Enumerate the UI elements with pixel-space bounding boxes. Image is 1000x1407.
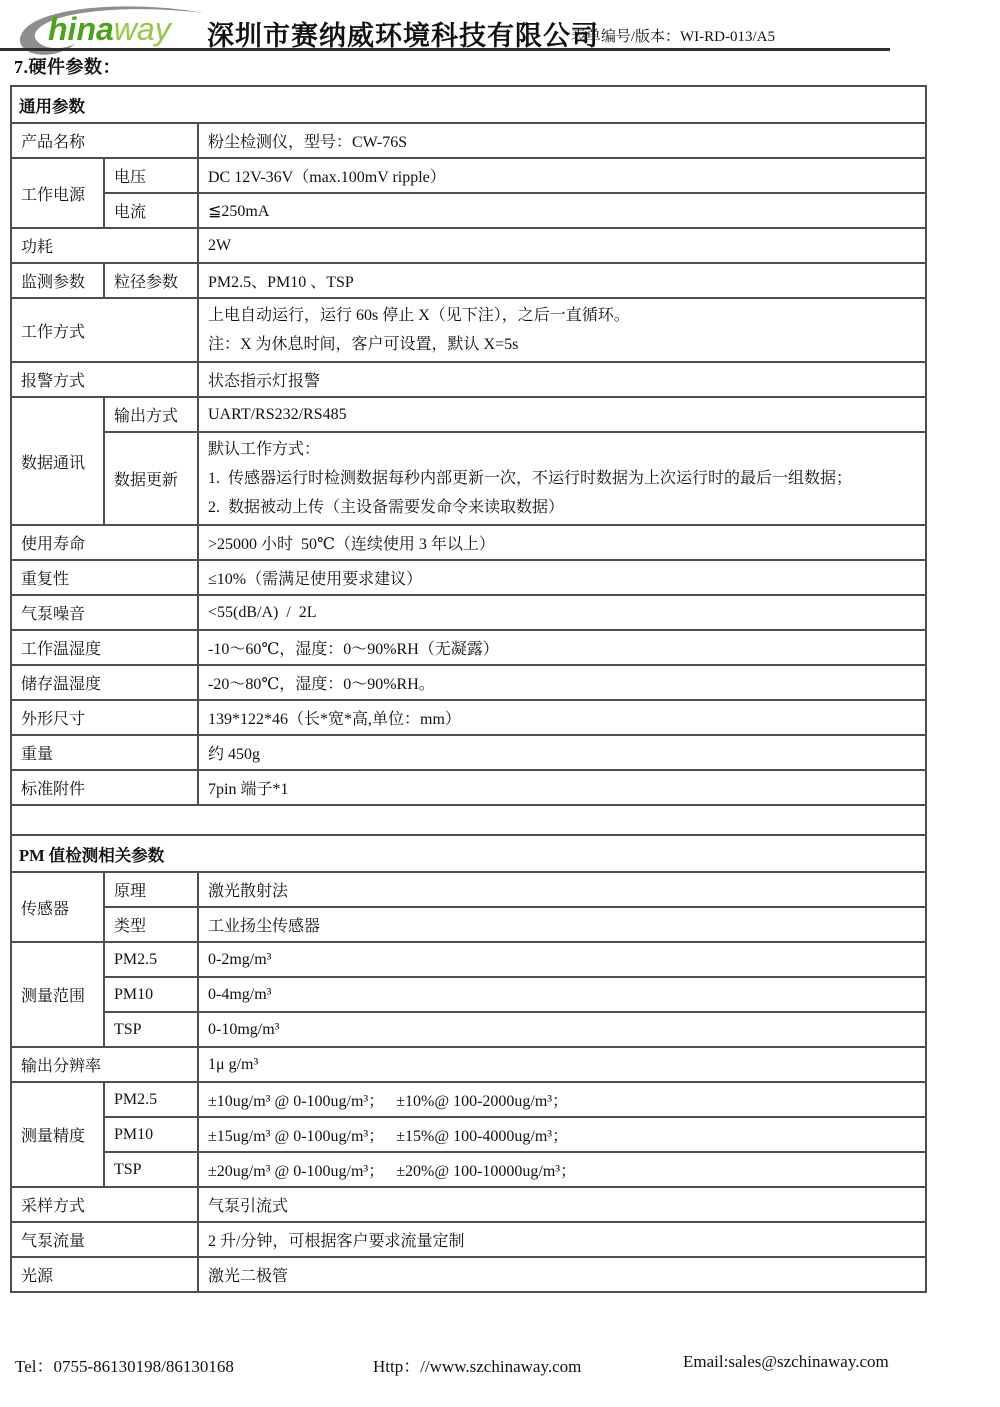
- value-line: 2. 数据被动上传（主设备需要发命令来读取数据）: [208, 493, 916, 522]
- table-row: 输出分辨率1μ g/m³: [11, 1047, 926, 1082]
- param-value-cell: 0-2mg/m³: [198, 942, 926, 977]
- table-row: TSP±20ug/m³ @ 0-100ug/m³； ±20%@ 100-1000…: [11, 1152, 926, 1187]
- table-row: 储存温湿度-20～80℃，湿度：0～90%RH。: [11, 665, 926, 700]
- param-label-cell: 储存温湿度: [11, 665, 198, 700]
- param-label-cell: PM2.5: [104, 942, 198, 977]
- spacer-row: [11, 805, 926, 835]
- table-row: 采样方式气泵引流式: [11, 1187, 926, 1222]
- param-label-cell: 重量: [11, 735, 198, 770]
- param-label-cell: 类型: [104, 907, 198, 942]
- page-header: hinaway 深圳市赛纳威环境科技有限公司 表单编号/版本：WI-RD-013…: [0, 4, 890, 48]
- logo-text-hina: hina: [48, 11, 114, 47]
- param-value-cell: -10～60℃，湿度：0～90%RH（无凝露）: [198, 630, 926, 665]
- param-label-cell: 电流: [104, 193, 198, 228]
- param-label-cell: PM10: [104, 977, 198, 1012]
- table-row: 气泵流量2 升/分钟，可根据客户要求流量定制: [11, 1222, 926, 1257]
- param-label-cell: 光源: [11, 1257, 198, 1292]
- table-row: 测量范围PM2.50-2mg/m³: [11, 942, 926, 977]
- param-label-cell: 电压: [104, 158, 198, 193]
- param-value-cell: UART/RS232/RS485: [198, 397, 926, 432]
- page-footer: Tel：0755-86130198/86130168 Http：//www.sz…: [0, 1352, 1000, 1378]
- table-row: 功耗2W: [11, 228, 926, 263]
- param-value-cell: -20～80℃，湿度：0～90%RH。: [198, 665, 926, 700]
- param-value-cell: 默认工作方式：1. 传感器运行时检测数据每秒内部更新一次，不运行时数据为上次运行…: [198, 432, 926, 525]
- table-row: 电流≦250mA: [11, 193, 926, 228]
- table-row: 标准附件7pin 端子*1: [11, 770, 926, 805]
- param-label-cell: 原理: [104, 872, 198, 907]
- param-label-cell: 采样方式: [11, 1187, 198, 1222]
- param-label-cell: 报警方式: [11, 362, 198, 397]
- param-value-cell: <55(dB/A) / 2L: [198, 595, 926, 630]
- param-label-cell: TSP: [104, 1012, 198, 1047]
- footer-email: Email:sales@szchinaway.com: [683, 1352, 889, 1372]
- document-page: hinaway 深圳市赛纳威环境科技有限公司 表单编号/版本：WI-RD-013…: [0, 0, 1000, 1407]
- param-label-cell: 粒径参数: [104, 263, 198, 298]
- table-row: 使用寿命>25000 小时 50℃（连续使用 3 年以上）: [11, 525, 926, 560]
- footer-tel: Tel：0755-86130198/86130168: [15, 1352, 234, 1377]
- table-row: 外形尺寸139*122*46（长*宽*高,单位：mm）: [11, 700, 926, 735]
- param-label-cell: 工作电源: [11, 158, 104, 228]
- param-value-cell: >25000 小时 50℃（连续使用 3 年以上）: [198, 525, 926, 560]
- param-label-cell: 标准附件: [11, 770, 198, 805]
- table-row: 监测参数粒径参数PM2.5、PM10 、TSP: [11, 263, 926, 298]
- param-label-cell: PM10: [104, 1117, 198, 1152]
- param-label-cell: 传感器: [11, 872, 104, 942]
- table-row: 气泵噪音<55(dB/A) / 2L: [11, 595, 926, 630]
- table-row: 产品名称粉尘检测仪，型号：CW-76S: [11, 123, 926, 158]
- doc-code: 表单编号/版本：WI-RD-013/A5: [571, 25, 775, 46]
- header-divider: [0, 48, 890, 51]
- param-label-cell: 工作温湿度: [11, 630, 198, 665]
- footer-url: Http：//www.szchinaway.com: [373, 1352, 581, 1377]
- param-label-cell: 监测参数: [11, 263, 104, 298]
- spec-table-body: 通用参数产品名称粉尘检测仪，型号：CW-76S工作电源电压DC 12V-36V（…: [11, 86, 926, 1292]
- table-row: 光源激光二极管: [11, 1257, 926, 1292]
- logo-wordmark: hinaway: [48, 10, 171, 48]
- value-line: 注：X 为休息时间，客户可设置，默认 X=5s: [208, 330, 916, 359]
- section-header-row: 通用参数: [11, 86, 926, 123]
- param-label-cell: PM2.5: [104, 1082, 198, 1117]
- param-label-cell: 测量范围: [11, 942, 104, 1047]
- table-row: 数据更新默认工作方式：1. 传感器运行时检测数据每秒内部更新一次，不运行时数据为…: [11, 432, 926, 525]
- section-header-row: PM 值检测相关参数: [11, 835, 926, 872]
- param-label-cell: 测量精度: [11, 1082, 104, 1187]
- param-value-cell: 粉尘检测仪，型号：CW-76S: [198, 123, 926, 158]
- param-value-cell: PM2.5、PM10 、TSP: [198, 263, 926, 298]
- param-value-cell: 约 450g: [198, 735, 926, 770]
- param-value-cell: 气泵引流式: [198, 1187, 926, 1222]
- table-row: PM100-4mg/m³: [11, 977, 926, 1012]
- section-title: 通用参数: [11, 86, 926, 123]
- table-row: PM10±15ug/m³ @ 0-100ug/m³； ±15%@ 100-400…: [11, 1117, 926, 1152]
- section-title: PM 值检测相关参数: [11, 835, 926, 872]
- value-line: 1. 传感器运行时检测数据每秒内部更新一次，不运行时数据为上次运行时的最后一组数…: [208, 464, 916, 493]
- param-label-cell: 产品名称: [11, 123, 198, 158]
- table-row: 类型工业扬尘传感器: [11, 907, 926, 942]
- param-value-cell: DC 12V-36V（max.100mV ripple）: [198, 158, 926, 193]
- spec-table: 通用参数产品名称粉尘检测仪，型号：CW-76S工作电源电压DC 12V-36V（…: [10, 85, 927, 1293]
- table-row: 数据通讯输出方式UART/RS232/RS485: [11, 397, 926, 432]
- spacer-cell: [11, 805, 926, 835]
- param-label-cell: 工作方式: [11, 298, 198, 362]
- table-row: TSP0-10mg/m³: [11, 1012, 926, 1047]
- param-label-cell: 数据更新: [104, 432, 198, 525]
- table-row: 报警方式状态指示灯报警: [11, 362, 926, 397]
- param-label-cell: TSP: [104, 1152, 198, 1187]
- param-value-cell: 139*122*46（长*宽*高,单位：mm）: [198, 700, 926, 735]
- table-row: 重复性≤10%（需满足使用要求建议）: [11, 560, 926, 595]
- chinaway-logo: hinaway: [8, 4, 206, 54]
- table-row: 工作电源电压DC 12V-36V（max.100mV ripple）: [11, 158, 926, 193]
- param-value-cell: ≤10%（需满足使用要求建议）: [198, 560, 926, 595]
- param-value-cell: 工业扬尘传感器: [198, 907, 926, 942]
- param-label-cell: 重复性: [11, 560, 198, 595]
- param-value-cell: 0-10mg/m³: [198, 1012, 926, 1047]
- table-row: 测量精度PM2.5±10ug/m³ @ 0-100ug/m³； ±10%@ 10…: [11, 1082, 926, 1117]
- value-line: 上电自动运行，运行 60s 停止 X（见下注），之后一直循环。: [208, 301, 916, 330]
- page-title: 7.硬件参数：: [14, 53, 121, 79]
- table-row: 工作方式上电自动运行，运行 60s 停止 X（见下注），之后一直循环。注：X 为…: [11, 298, 926, 362]
- param-value-cell: 1μ g/m³: [198, 1047, 926, 1082]
- table-row: 重量约 450g: [11, 735, 926, 770]
- param-value-cell: ±20ug/m³ @ 0-100ug/m³； ±20%@ 100-10000ug…: [198, 1152, 926, 1187]
- param-value-cell: 2W: [198, 228, 926, 263]
- value-line: 默认工作方式：: [208, 435, 916, 464]
- param-value-cell: ±15ug/m³ @ 0-100ug/m³； ±15%@ 100-4000ug/…: [198, 1117, 926, 1152]
- table-row: 工作温湿度-10～60℃，湿度：0～90%RH（无凝露）: [11, 630, 926, 665]
- param-label-cell: 功耗: [11, 228, 198, 263]
- param-value-cell: 2 升/分钟，可根据客户要求流量定制: [198, 1222, 926, 1257]
- param-value-cell: 状态指示灯报警: [198, 362, 926, 397]
- param-label-cell: 输出方式: [104, 397, 198, 432]
- param-value-cell: ≦250mA: [198, 193, 926, 228]
- param-value-cell: ±10ug/m³ @ 0-100ug/m³； ±10%@ 100-2000ug/…: [198, 1082, 926, 1117]
- param-label-cell: 使用寿命: [11, 525, 198, 560]
- logo-text-way: way: [114, 11, 171, 47]
- param-value-cell: 激光散射法: [198, 872, 926, 907]
- param-value-cell: 0-4mg/m³: [198, 977, 926, 1012]
- param-value-cell: 上电自动运行，运行 60s 停止 X（见下注），之后一直循环。注：X 为休息时间…: [198, 298, 926, 362]
- param-value-cell: 7pin 端子*1: [198, 770, 926, 805]
- param-label-cell: 外形尺寸: [11, 700, 198, 735]
- param-label-cell: 数据通讯: [11, 397, 104, 525]
- param-label-cell: 气泵流量: [11, 1222, 198, 1257]
- param-label-cell: 输出分辨率: [11, 1047, 198, 1082]
- param-value-cell: 激光二极管: [198, 1257, 926, 1292]
- table-row: 传感器原理激光散射法: [11, 872, 926, 907]
- param-label-cell: 气泵噪音: [11, 595, 198, 630]
